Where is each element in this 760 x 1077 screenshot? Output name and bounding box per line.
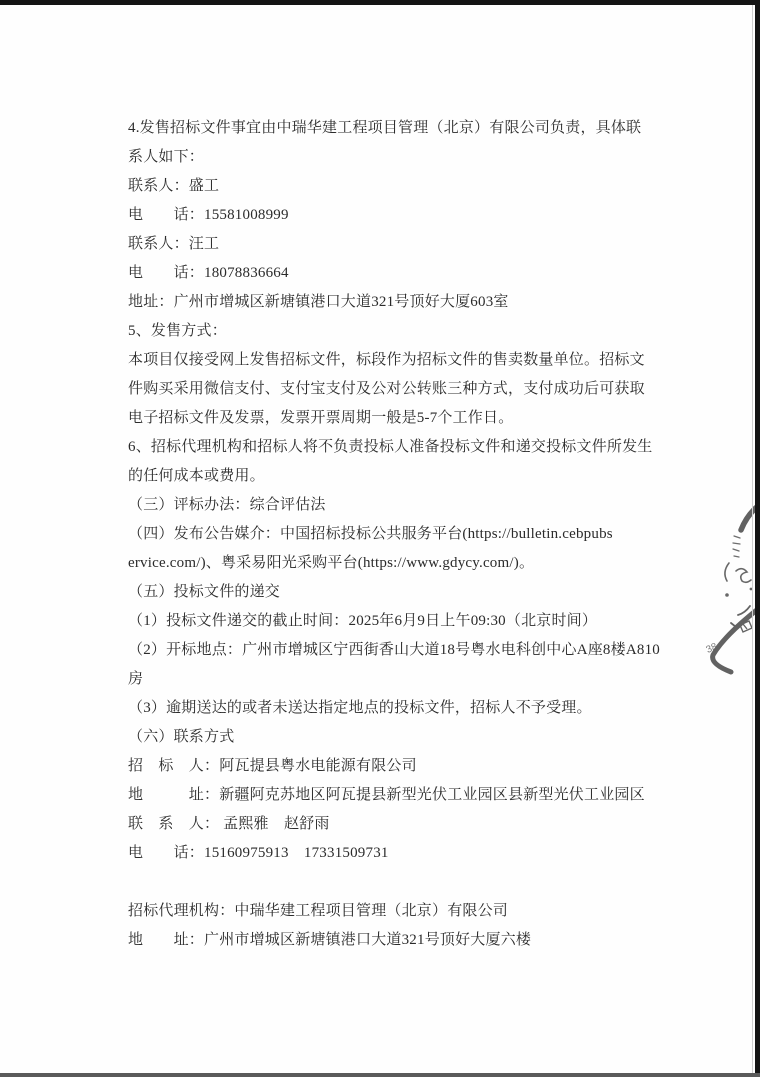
doc-line: 招 标 人：阿瓦提县粤水电能源有限公司 (128, 752, 673, 781)
doc-line: 6、招标代理机构和招标人将不负责投标人准备投标文件和递交投标文件所发生 (128, 433, 673, 462)
doc-line: 联系人：汪工 (128, 230, 673, 259)
doc-line: 联 系 人： 孟熙雅 赵舒雨 (128, 810, 673, 839)
doc-line: 的任何成本或费用。 (128, 462, 673, 491)
scanned-document-page: 4.发售招标文件事宜由中瑞华建工程项目管理（北京）有限公司负责，具体联系人如下：… (0, 0, 760, 1077)
doc-line: 地 址：新疆阿克苏地区阿瓦提县新型光伏工业园区县新型光伏工业园区 (128, 781, 673, 810)
doc-line: 房 (128, 665, 673, 694)
doc-line: 电 话：15581008999 (128, 201, 673, 230)
doc-line: 地 址：广州市增城区新塘镇港口大道321号顶好大厦六楼 (128, 926, 673, 955)
doc-line: （六）联系方式 (128, 723, 673, 752)
doc-line: （五）投标文件的递交 (128, 578, 673, 607)
seal-glyphs-upper (733, 536, 740, 557)
scan-edge-bottom (0, 1073, 760, 1077)
doc-line: 4.发售招标文件事宜由中瑞华建工程项目管理（北京）有限公司负责，具体联 (128, 114, 673, 143)
doc-line: 件购买采用微信支付、支付宝支付及公对公转账三种方式，支付成功后可获取 (128, 375, 673, 404)
doc-line: （3）逾期送达的或者未送达指定地点的投标文件，招标人不予受理。 (128, 694, 673, 723)
doc-line: 系人如下： (128, 143, 673, 172)
seal-dot-center (725, 593, 729, 597)
doc-line: 5、发售方式： (128, 317, 673, 346)
doc-line: （1）投标文件递交的截止时间：2025年6月9日上午09:30（北京时间） (128, 607, 673, 636)
doc-line: 电 话：18078836664 (128, 259, 673, 288)
partial-seal: 38 (698, 503, 758, 675)
doc-line: 招标代理机构：中瑞华建工程项目管理（北京）有限公司 (128, 897, 673, 926)
scan-edge-right (755, 0, 760, 1077)
doc-line: （三）评标办法：综合评估法 (128, 491, 673, 520)
doc-line: （2）开标地点：广州市增城区宁西街香山大道18号粤水电科创中心A座8楼A810 (128, 636, 673, 665)
doc-line: 联系人：盛工 (128, 172, 673, 201)
document-content: 4.发售招标文件事宜由中瑞华建工程项目管理（北京）有限公司负责，具体联系人如下：… (128, 114, 673, 955)
doc-line: 电子招标文件及发票，发票开票周期一般是5-7个工作日。 (128, 404, 673, 433)
doc-blank-line (128, 868, 673, 897)
seal-glyph-paren (725, 563, 729, 581)
seal-glyph-squiggle (736, 569, 751, 583)
doc-line: （四）发布公告媒介：中国招标投标公共服务平台(https://bulletin.… (128, 520, 673, 549)
doc-line: ervice.com/)、粤采易阳光采购平台(https://www.gdycy… (128, 549, 673, 578)
doc-line: 地址：广州市增城区新塘镇港口大道321号顶好大厦603室 (128, 288, 673, 317)
scan-edge-top (0, 0, 760, 5)
doc-line: 本项目仅接受网上发售招标文件，标段作为招标文件的售卖数量单位。招标文 (128, 346, 673, 375)
doc-line: 电 话：15160975913 17331509731 (128, 839, 673, 868)
scan-edge-right-line (752, 0, 753, 1077)
